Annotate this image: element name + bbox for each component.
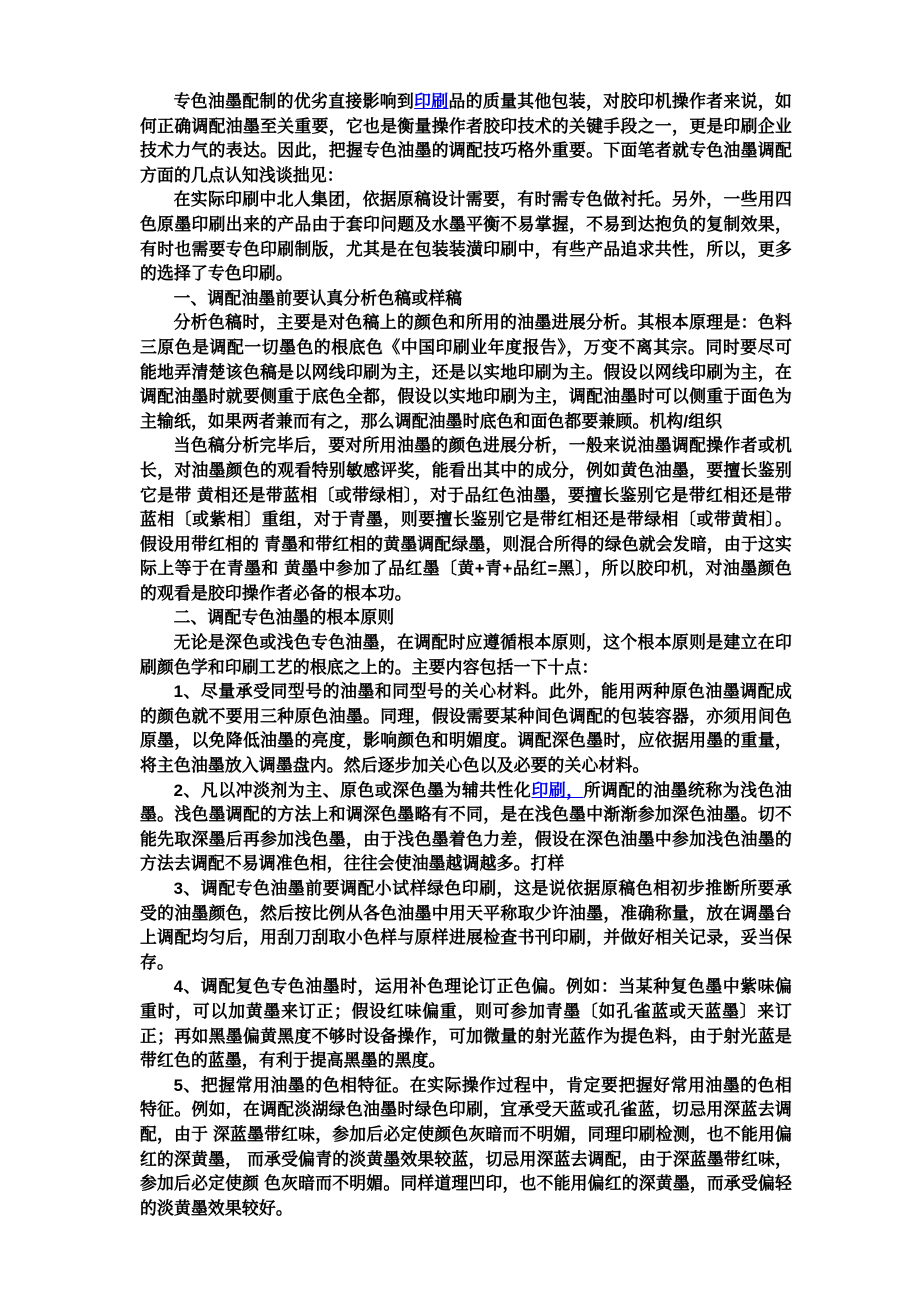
text-run: 1、尽量承受同型号的油墨和同型号的关心材料。此外，能用两种原色油墨调配成的颜色就… <box>140 682 792 775</box>
list-item-4: 4、调配复色专色油墨时，运用补色理论订正色偏。例如：当某种复色墨中紫味偏重时，可… <box>140 975 792 1073</box>
section-1-paragraph-1: 分析色稿时，主要是对色稿上的颜色和所用的油墨进展分析。其根本原理是：色料三原色是… <box>140 311 792 434</box>
list-item-2: 2、凡以冲淡剂为主、原色或深色墨为辅共性化印刷，所调配的油墨统称为浅色油墨。浅色… <box>140 779 792 877</box>
text-run: 当色稿分析完毕后，要对所用油墨的颜色进展分析，一般来说油墨调配操作者或机长，对油… <box>140 436 792 603</box>
text-run: 4、调配复色专色油墨时，运用补色理论订正色偏。例如：当某种复色墨中紫味偏重时，可… <box>140 977 792 1070</box>
section-1-paragraph-2: 当色稿分析完毕后，要对所用油墨的颜色进展分析，一般来说油墨调配操作者或机长，对油… <box>140 434 792 606</box>
section-1-heading: 一、调配油墨前要认真分析色稿或样稿 <box>140 287 792 312</box>
background-paragraph: 在实际印刷中北人集团，依据原稿设计需要，有时需专色做衬托。另外，一些用四色原墨印… <box>140 188 792 286</box>
list-item-1: 1、尽量承受同型号的油墨和同型号的关心材料。此外，能用两种原色油墨调配成的颜色就… <box>140 680 792 778</box>
list-item-5: 5、把握常用油墨的色相特征。在实际操作过程中，肯定要把握好常用油墨的色相特征。例… <box>140 1074 792 1222</box>
text-run: 分析色稿时，主要是对色稿上的颜色和所用的油墨进展分析。其根本原理是：色料三原色是… <box>140 313 792 430</box>
text-run: 一、调配油墨前要认真分析色稿或样稿 <box>174 289 463 308</box>
section-2-intro-paragraph: 无论是深色或浅色专色油墨，在调配时应遵循根本原则，这个根本原则是建立在印刷颜色学… <box>140 631 792 680</box>
intro-paragraph: 专色油墨配制的优劣直接影响到印刷品的质量其他包装，对胶印机操作者来说，如何正确调… <box>140 90 792 188</box>
inline-link[interactable]: 印刷， <box>531 781 583 800</box>
text-run: 二、调配专色油墨的根本原则 <box>174 608 395 627</box>
text-run: 3、调配专色油墨前要调配小试样绿色印刷，这是说依据原稿色相初步推断所要承受的油墨… <box>140 879 792 972</box>
list-item-3: 3、调配专色油墨前要调配小试样绿色印刷，这是说依据原稿色相初步推断所要承受的油墨… <box>140 877 792 975</box>
section-2-heading: 二、调配专色油墨的根本原则 <box>140 606 792 631</box>
text-run: 5、把握常用油墨的色相特征。在实际操作过程中，肯定要把握好常用油墨的色相特征。例… <box>140 1076 792 1218</box>
document-page: 专色油墨配制的优劣直接影响到印刷品的质量其他包装，对胶印机操作者来说，如何正确调… <box>0 0 920 1302</box>
document-body: 专色油墨配制的优劣直接影响到印刷品的质量其他包装，对胶印机操作者来说，如何正确调… <box>140 90 792 1221</box>
text-run: 专色油墨配制的优劣直接影响到 <box>174 92 415 111</box>
inline-link[interactable]: 印刷 <box>414 92 448 111</box>
text-run: 在实际印刷中北人集团，依据原稿设计需要，有时需专色做衬托。另外，一些用四色原墨印… <box>140 190 792 283</box>
text-run: 无论是深色或浅色专色油墨，在调配时应遵循根本原则，这个根本原则是建立在印刷颜色学… <box>140 633 792 677</box>
text-run: 2、凡以冲淡剂为主、原色或深色墨为辅共性化 <box>174 781 532 800</box>
